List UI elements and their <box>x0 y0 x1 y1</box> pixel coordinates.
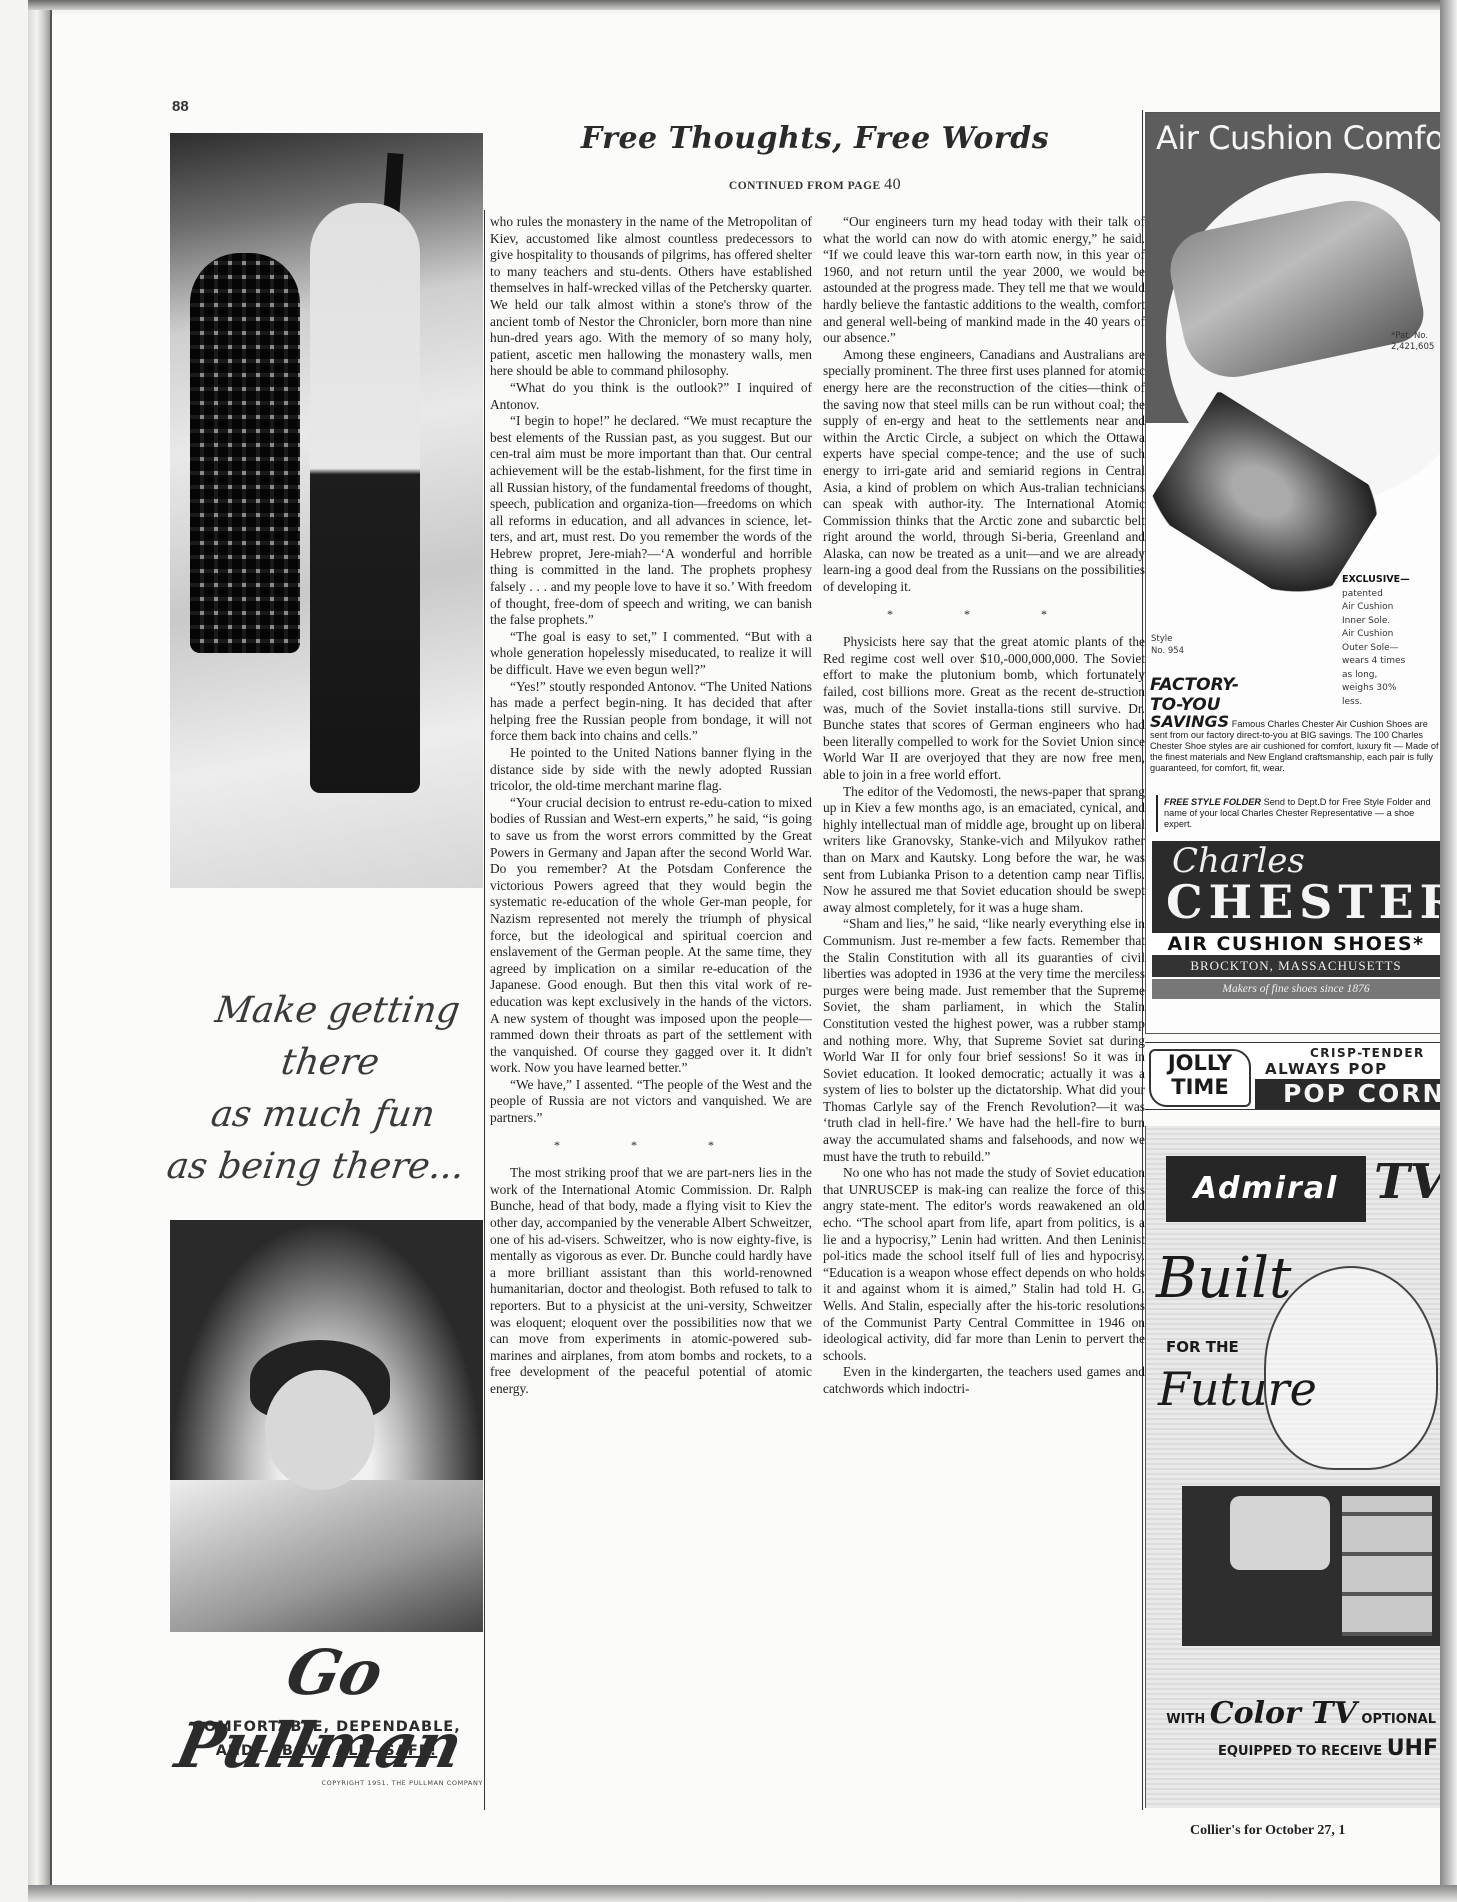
built-script: Built <box>1156 1246 1292 1311</box>
paragraph: “What do you think is the outlook?” I in… <box>490 380 812 413</box>
style-label: Style <box>1151 633 1184 645</box>
article-title: Free Thoughts, Free Words <box>490 121 1140 156</box>
tagline-line-1: COMFORTABLE, DEPENDABLE, <box>170 1715 483 1739</box>
skiers-photo <box>170 133 483 888</box>
continued-line: CONTINUED FROM PAGE 40 <box>490 176 1140 194</box>
optional-label: OPTIONAL <box>1357 1712 1436 1727</box>
jolly-time-flag-logo: JOLLY TIME <box>1149 1049 1251 1107</box>
article-column-1: who rules the monastery in the name of t… <box>490 214 812 1398</box>
tagline-and: AND— <box>216 1743 270 1759</box>
with-label: WITH <box>1166 1712 1209 1727</box>
paragraph: who rules the monastery in the name of t… <box>490 214 812 380</box>
patent-number: *Pat. No. 2,421,605 <box>1391 331 1434 353</box>
scan-top-edge <box>28 0 1457 10</box>
charles-chester-logo: Charles CHESTER <box>1152 841 1440 933</box>
section-break: * * * <box>490 1137 812 1154</box>
paragraph: No one who has not made the study of Sov… <box>823 1165 1145 1364</box>
paragraph: “Your crucial decision to entrust re-edu… <box>490 795 812 1077</box>
scan-right-edge <box>1440 0 1457 1902</box>
paragraph: “Our engineers turn my head today with t… <box>823 214 1145 347</box>
paragraph: “The goal is easy to set,” I commented. … <box>490 629 812 679</box>
logo-name: CHESTER <box>1166 875 1447 929</box>
tv-wordmark: TV <box>1374 1154 1446 1210</box>
page-number: 88 <box>172 98 189 115</box>
savings-copy: SAVINGS Famous Charles Chester Air Cushi… <box>1150 716 1442 774</box>
tagline-above: ABOVE <box>270 1743 330 1759</box>
uhf-label: UHF <box>1387 1736 1438 1761</box>
admiral-logo: Admiral <box>1166 1156 1366 1222</box>
feature-line: Air Cushion <box>1342 628 1410 642</box>
future-script: Future <box>1158 1362 1317 1416</box>
jolly-time-ad: JOLLY TIME CRISP-TENDER ALWAYS POP POP C… <box>1145 1042 1445 1110</box>
exclusive-features: EXCLUSIVE— patented Air Cushion Inner So… <box>1342 573 1410 709</box>
factory-to-you-heading: FACTORY- TO-YOU <box>1150 675 1239 715</box>
paragraph: Even in the kindergarten, the teachers u… <box>823 1364 1145 1397</box>
admiral-tv-ad: Admiral TV Built FOR THE Future WITH Col… <box>1145 1126 1446 1808</box>
style-value: No. 954 <box>1151 645 1184 657</box>
slogan-line: as much fun <box>163 1089 483 1141</box>
always-pop-line: ALWAYS POP <box>1265 1060 1388 1078</box>
patent-label: *Pat. No. <box>1391 331 1434 342</box>
woman-skier-figure <box>190 253 300 653</box>
continued-label: CONTINUED FROM PAGE <box>729 180 884 192</box>
paragraph: “I begin to hope!” he declared. “We must… <box>490 413 812 629</box>
paragraph: The most striking proof that we are part… <box>490 1165 812 1397</box>
folder-heading: FREE STYLE FOLDER <box>1164 797 1261 807</box>
feature-line: as long, <box>1342 669 1410 683</box>
feature-line: wears 4 times <box>1342 655 1410 669</box>
equipped-label: EQUIPPED TO RECEIVE <box>1218 1744 1387 1759</box>
pullman-slogan: Make getting there as much fun as being … <box>155 985 497 1193</box>
feature-line: patented <box>1342 588 1410 602</box>
crisp-tender-line: CRISP-TENDER <box>1310 1046 1425 1060</box>
man-skier-figure <box>310 203 420 793</box>
tagline-dash: — <box>369 1743 385 1759</box>
column-rule-left <box>484 210 485 1810</box>
page-footer: Collier's for October 27, 1 <box>1190 1823 1345 1839</box>
feature-line: Inner Sole. <box>1342 615 1410 629</box>
ad-title: Air Cushion Comfort <box>1156 119 1447 157</box>
color-tv-optional: WITH Color TV OPTIONAL <box>1156 1696 1436 1731</box>
paragraph: Among these engineers, Canadians and Aus… <box>823 347 1145 596</box>
flag-line-1: JOLLY <box>1151 1051 1249 1075</box>
bar-shelf <box>1342 1496 1432 1636</box>
article-column-2: “Our engineers turn my head today with t… <box>823 214 1145 1398</box>
location: BROCKTON, MASSACHUSETTS <box>1152 955 1440 977</box>
pullman-copyright: COPYRIGHT 1951, THE PULLMAN COMPANY <box>250 1779 483 1787</box>
factory-line-1: FACTORY- <box>1150 675 1239 695</box>
paragraph: “Sham and lies,” he said, “like nearly e… <box>823 916 1145 1165</box>
feature-line: Air Cushion <box>1342 601 1410 615</box>
continued-page-number: 40 <box>884 176 901 193</box>
patent-value: 2,421,605 <box>1391 342 1434 353</box>
makers-line: Makers of fine shoes since 1876 <box>1152 979 1440 999</box>
scan-bottom-edge <box>28 1885 1457 1902</box>
sleeping-woman-photo <box>170 1220 483 1632</box>
savings-heading: SAVINGS <box>1150 712 1229 731</box>
slogan-line: Make getting there <box>170 985 498 1089</box>
paragraph: “We have,” I assented. “The people of th… <box>490 1077 812 1127</box>
feature-line: Outer Sole— <box>1342 642 1410 656</box>
tv-screen <box>1230 1496 1330 1570</box>
tagline-safe: SAFE! <box>384 1743 437 1759</box>
paragraph: The editor of the Vedomosti, the news-pa… <box>823 784 1145 917</box>
charles-chester-ad: Air Cushion Comfort *Pat. No. 2,421,605 … <box>1145 112 1447 1034</box>
face-shape <box>265 1370 375 1490</box>
flag-line-2: TIME <box>1151 1075 1249 1099</box>
pullman-tagline: COMFORTABLE, DEPENDABLE, AND—ABOVE ALL—S… <box>170 1715 483 1763</box>
tagline-all: ALL <box>336 1743 369 1759</box>
exclusive-heading: EXCLUSIVE— <box>1342 574 1410 585</box>
style-number: Style No. 954 <box>1151 633 1184 657</box>
tagline-line-2: AND—ABOVE ALL—SAFE! <box>170 1739 483 1763</box>
slogan-line: as being there... <box>155 1141 475 1193</box>
section-break: * * * <box>823 606 1145 623</box>
uhf-line: EQUIPPED TO RECEIVE UHF <box>1156 1736 1438 1761</box>
tv-console-illustration <box>1182 1486 1444 1646</box>
feature-line: weighs 30% <box>1342 682 1410 696</box>
color-tv-script: Color TV <box>1210 1696 1357 1731</box>
paragraph: Physicists here say that the great atomi… <box>823 634 1145 783</box>
paragraph: He pointed to the United Nations banner … <box>490 745 812 795</box>
paragraph: “Yes!” stoutly responded Antonov. “The U… <box>490 679 812 745</box>
product-name: AIR CUSHION SHOES* <box>1146 933 1446 955</box>
feature-line: less. <box>1342 696 1410 710</box>
for-the-label: FOR THE <box>1166 1338 1239 1356</box>
pillow-shape <box>170 1480 483 1632</box>
book-binding <box>28 0 52 1902</box>
pop-corn-banner: POP CORN <box>1255 1079 1445 1109</box>
free-style-folder-offer: FREE STYLE FOLDER Send to Dept.D for Fre… <box>1156 795 1447 832</box>
